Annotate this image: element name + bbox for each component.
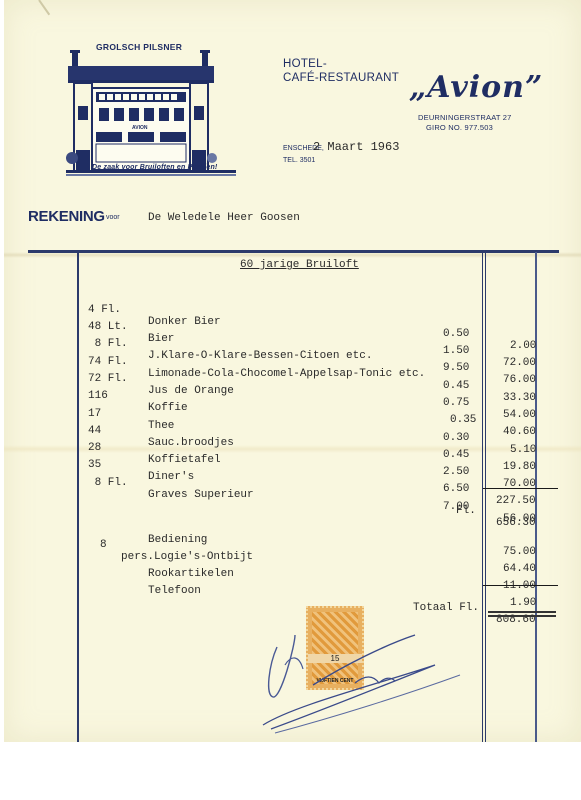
line-item: 116 Koffie 0.35 40.60 xyxy=(0,378,26,394)
item-desc: Limonade-Cola-Chocomel-Appelsap-Tonic et… xyxy=(148,368,425,380)
total-label: Totaal Fl. xyxy=(413,602,479,614)
amount-column-line xyxy=(482,252,486,742)
extra-desc: Telefoon xyxy=(148,585,201,597)
line-item: 28 Koffietafel 2.50 70.00 xyxy=(0,430,26,446)
total-double-rule xyxy=(488,611,556,613)
subtotal-amount: 656.30 xyxy=(496,517,536,529)
line-item: 44 Sauc.broodjes 0.45 19.80 xyxy=(0,413,26,429)
item-desc: Koffietafel xyxy=(148,454,221,466)
item-qty: 17 xyxy=(88,408,101,420)
extra-line-item: Rookartikelen 11.00 xyxy=(0,544,13,560)
item-qty: 28 xyxy=(88,442,101,454)
item-desc: Bier xyxy=(148,333,174,345)
extra-amount: 64.40 xyxy=(503,563,536,575)
extra-desc: pers.Logie's-Ontbijt xyxy=(121,551,253,563)
extra-amount: 75.00 xyxy=(503,546,536,558)
item-qty: 74 Fl. xyxy=(88,356,128,368)
margin-column-line xyxy=(77,252,79,742)
subtotal-label: Fl. xyxy=(456,505,476,517)
svg-text:AVION: AVION xyxy=(132,125,148,131)
hotel-building-illustration: AVION xyxy=(66,40,246,180)
extra-amount: 1.90 xyxy=(510,597,536,609)
recipient: De Weledele Heer Goosen xyxy=(148,212,300,224)
item-qty: 8 Fl. xyxy=(88,338,128,350)
header-rule xyxy=(28,250,559,253)
cafe-restaurant-label: CAFÉ-RESTAURANT xyxy=(283,72,399,84)
item-desc: Jus de Orange xyxy=(148,385,234,397)
business-name: „Avion” xyxy=(409,70,543,105)
extra-amount: 11.00 xyxy=(503,580,536,592)
item-desc: Donker Bier xyxy=(148,316,221,328)
occasion: 60 jarige Bruiloft xyxy=(240,259,359,271)
tagline: De zaak voor Bruiloften en Partijen! xyxy=(92,164,217,171)
telephone: TEL. 3501 xyxy=(283,157,315,164)
extra-line-item: Telefoon 1.90 xyxy=(0,561,13,577)
subtotal-row: Fl. 656.30 xyxy=(0,493,13,509)
line-item: 35 Diner's 6.50 227.50 xyxy=(0,447,26,463)
item-desc: Sauc.broodjes xyxy=(148,437,234,449)
extra-qty: 8 xyxy=(100,539,107,551)
item-desc: Thee xyxy=(148,420,174,432)
total-rule xyxy=(483,585,558,586)
line-item: 8 Fl. Graves Superieur 7.00 56.00 xyxy=(0,465,26,481)
paper-crease xyxy=(38,0,50,15)
extra-line-item: 8 pers.Logie's-Ontbijt 64.40 xyxy=(0,527,13,543)
item-qty: 116 xyxy=(88,390,108,402)
extra-line-item: Bediening 75.00 xyxy=(0,510,13,526)
item-qty: 44 xyxy=(88,425,101,437)
invoice-date: 2 Maart 1963 xyxy=(313,140,399,154)
line-item: 48 Lt. Bier 1.50 72.00 xyxy=(0,309,26,325)
street-address: DEURNINGERSTRAAT 27 xyxy=(418,113,512,122)
item-desc: J.Klare-O-Klare-Bessen-Citoen etc. xyxy=(148,350,372,362)
subtotal-rule xyxy=(483,488,558,489)
extra-desc: Bediening xyxy=(148,534,207,546)
item-qty: 48 Lt. xyxy=(88,321,128,333)
item-qty: 4 Fl. xyxy=(88,304,121,316)
invoice-title: REKENING xyxy=(28,208,105,225)
for-label: voor xyxy=(106,214,120,221)
item-qty: 8 Fl. xyxy=(88,477,128,489)
giro-number: GIRO NO. 977.503 xyxy=(426,123,493,132)
item-desc: Diner's xyxy=(148,471,194,483)
line-item: 4 Fl. Donker Bier 0.50 2.00 xyxy=(0,292,26,308)
brand-name: GROLSCH PILSNER xyxy=(96,42,182,52)
item-desc: Graves Superieur xyxy=(148,489,254,501)
total-double-rule xyxy=(488,615,556,617)
line-item: 72 Fl. Jus de Orange 0.75 54.00 xyxy=(0,361,26,377)
item-desc: Koffie xyxy=(148,402,188,414)
hotel-label: HOTEL- xyxy=(283,58,327,70)
item-qty: 72 Fl. xyxy=(88,373,128,385)
item-qty: 35 xyxy=(88,459,101,471)
signature xyxy=(255,625,465,735)
line-item: 8 Fl. J.Klare-O-Klare-Bessen-Citoen etc.… xyxy=(0,326,26,342)
total-row: Totaal Fl. 808.60 xyxy=(0,590,13,606)
line-item: 17 Thee 0.30 5.10 xyxy=(0,396,26,412)
extra-desc: Rookartikelen xyxy=(148,568,234,580)
line-item: 74 Fl. Limonade-Cola-Chocomel-Appelsap-T… xyxy=(0,344,26,360)
